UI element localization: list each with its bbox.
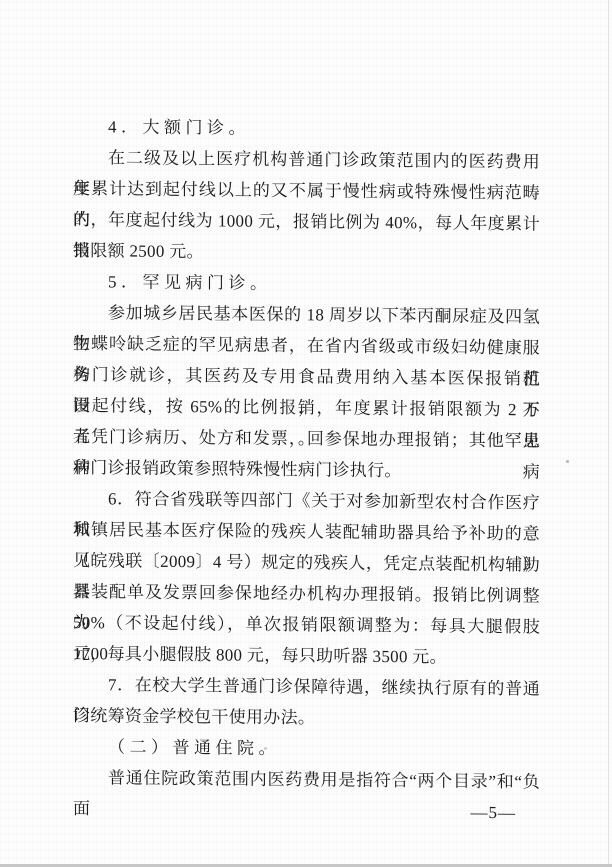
text-line: 4．大额门诊。 [73, 111, 540, 146]
text-block: 4．大额门诊。 在二级及以上医疗机构普通门诊政策范围内的医药费用年 度累计达到起… [73, 111, 540, 828]
text-line: 5．罕见病门诊。 [73, 266, 540, 301]
text-line: 元，每具小腿假肢 800 元，每只助听器 3500 元。 [73, 638, 540, 673]
text-line: 7．在校大学生普通门诊保障待遇，继续执行原有的普通门 [73, 669, 540, 704]
text-line: 销限额 2500 元。 [73, 235, 540, 270]
page-number: —5— [73, 793, 540, 828]
text-line: 物蝶呤缺乏症的罕见病患者，在省内省级或市级妇幼健康服务机 [73, 328, 540, 363]
text-line: （二）普通住院。 [73, 731, 540, 766]
text-line: 诊统筹资金学校包干使用办法。 [73, 700, 540, 735]
text-line: 构门诊就诊，其医药及专用食品费用纳入基本医保报销范围，不 [73, 359, 540, 394]
text-line: 的，年度起付线为 1000 元，报销比例为 40%，每人年度累计报 [73, 204, 540, 239]
text-line: 6．符合省残联等四部门《关于对参加新型农村合作医疗和 [73, 483, 540, 518]
scan-noise-speck [566, 460, 569, 463]
text-line: 在二级及以上医疗机构普通门诊政策范围内的医药费用年 [73, 142, 540, 177]
text-line: 普通住院政策范围内医药费用是指符合“两个目录”和“负面 [73, 762, 540, 797]
document-page: 4．大额门诊。 在二级及以上医疗机构普通门诊政策范围内的医药费用年 度累计达到起… [0, 0, 612, 867]
text-line: （皖残联〔2009〕4 号）规定的残疾人，凭定点装配机构辅助器 [73, 545, 540, 580]
text-line: 度累计达到起付线以上的又不属于慢性病或特殊慢性病范畴内 [73, 173, 540, 208]
text-line: 参加城乡居民基本医保的 18 周岁以下苯丙酮尿症及四氢生 [73, 297, 540, 332]
text-line: 50%（不设起付线），单次报销限额调整为：每具大腿假肢 1700 [73, 607, 540, 642]
scan-noise-speck [264, 747, 267, 750]
text-line: 者凭门诊病历、处方和发票，回参保地办理报销；其他罕见病病 [73, 421, 540, 456]
text-line: 设起付线，按 65%的比例报销，年度累计报销限额为 2 万元。患 [73, 390, 540, 425]
text-line: 具装配单及发票回参保地经办机构办理报销。报销比例调整为 [73, 576, 540, 611]
right-scan-edge [608, 0, 609, 867]
text-line: 城镇居民基本医疗保险的残疾人装配辅助器具给予补助的意见》 [73, 514, 540, 549]
